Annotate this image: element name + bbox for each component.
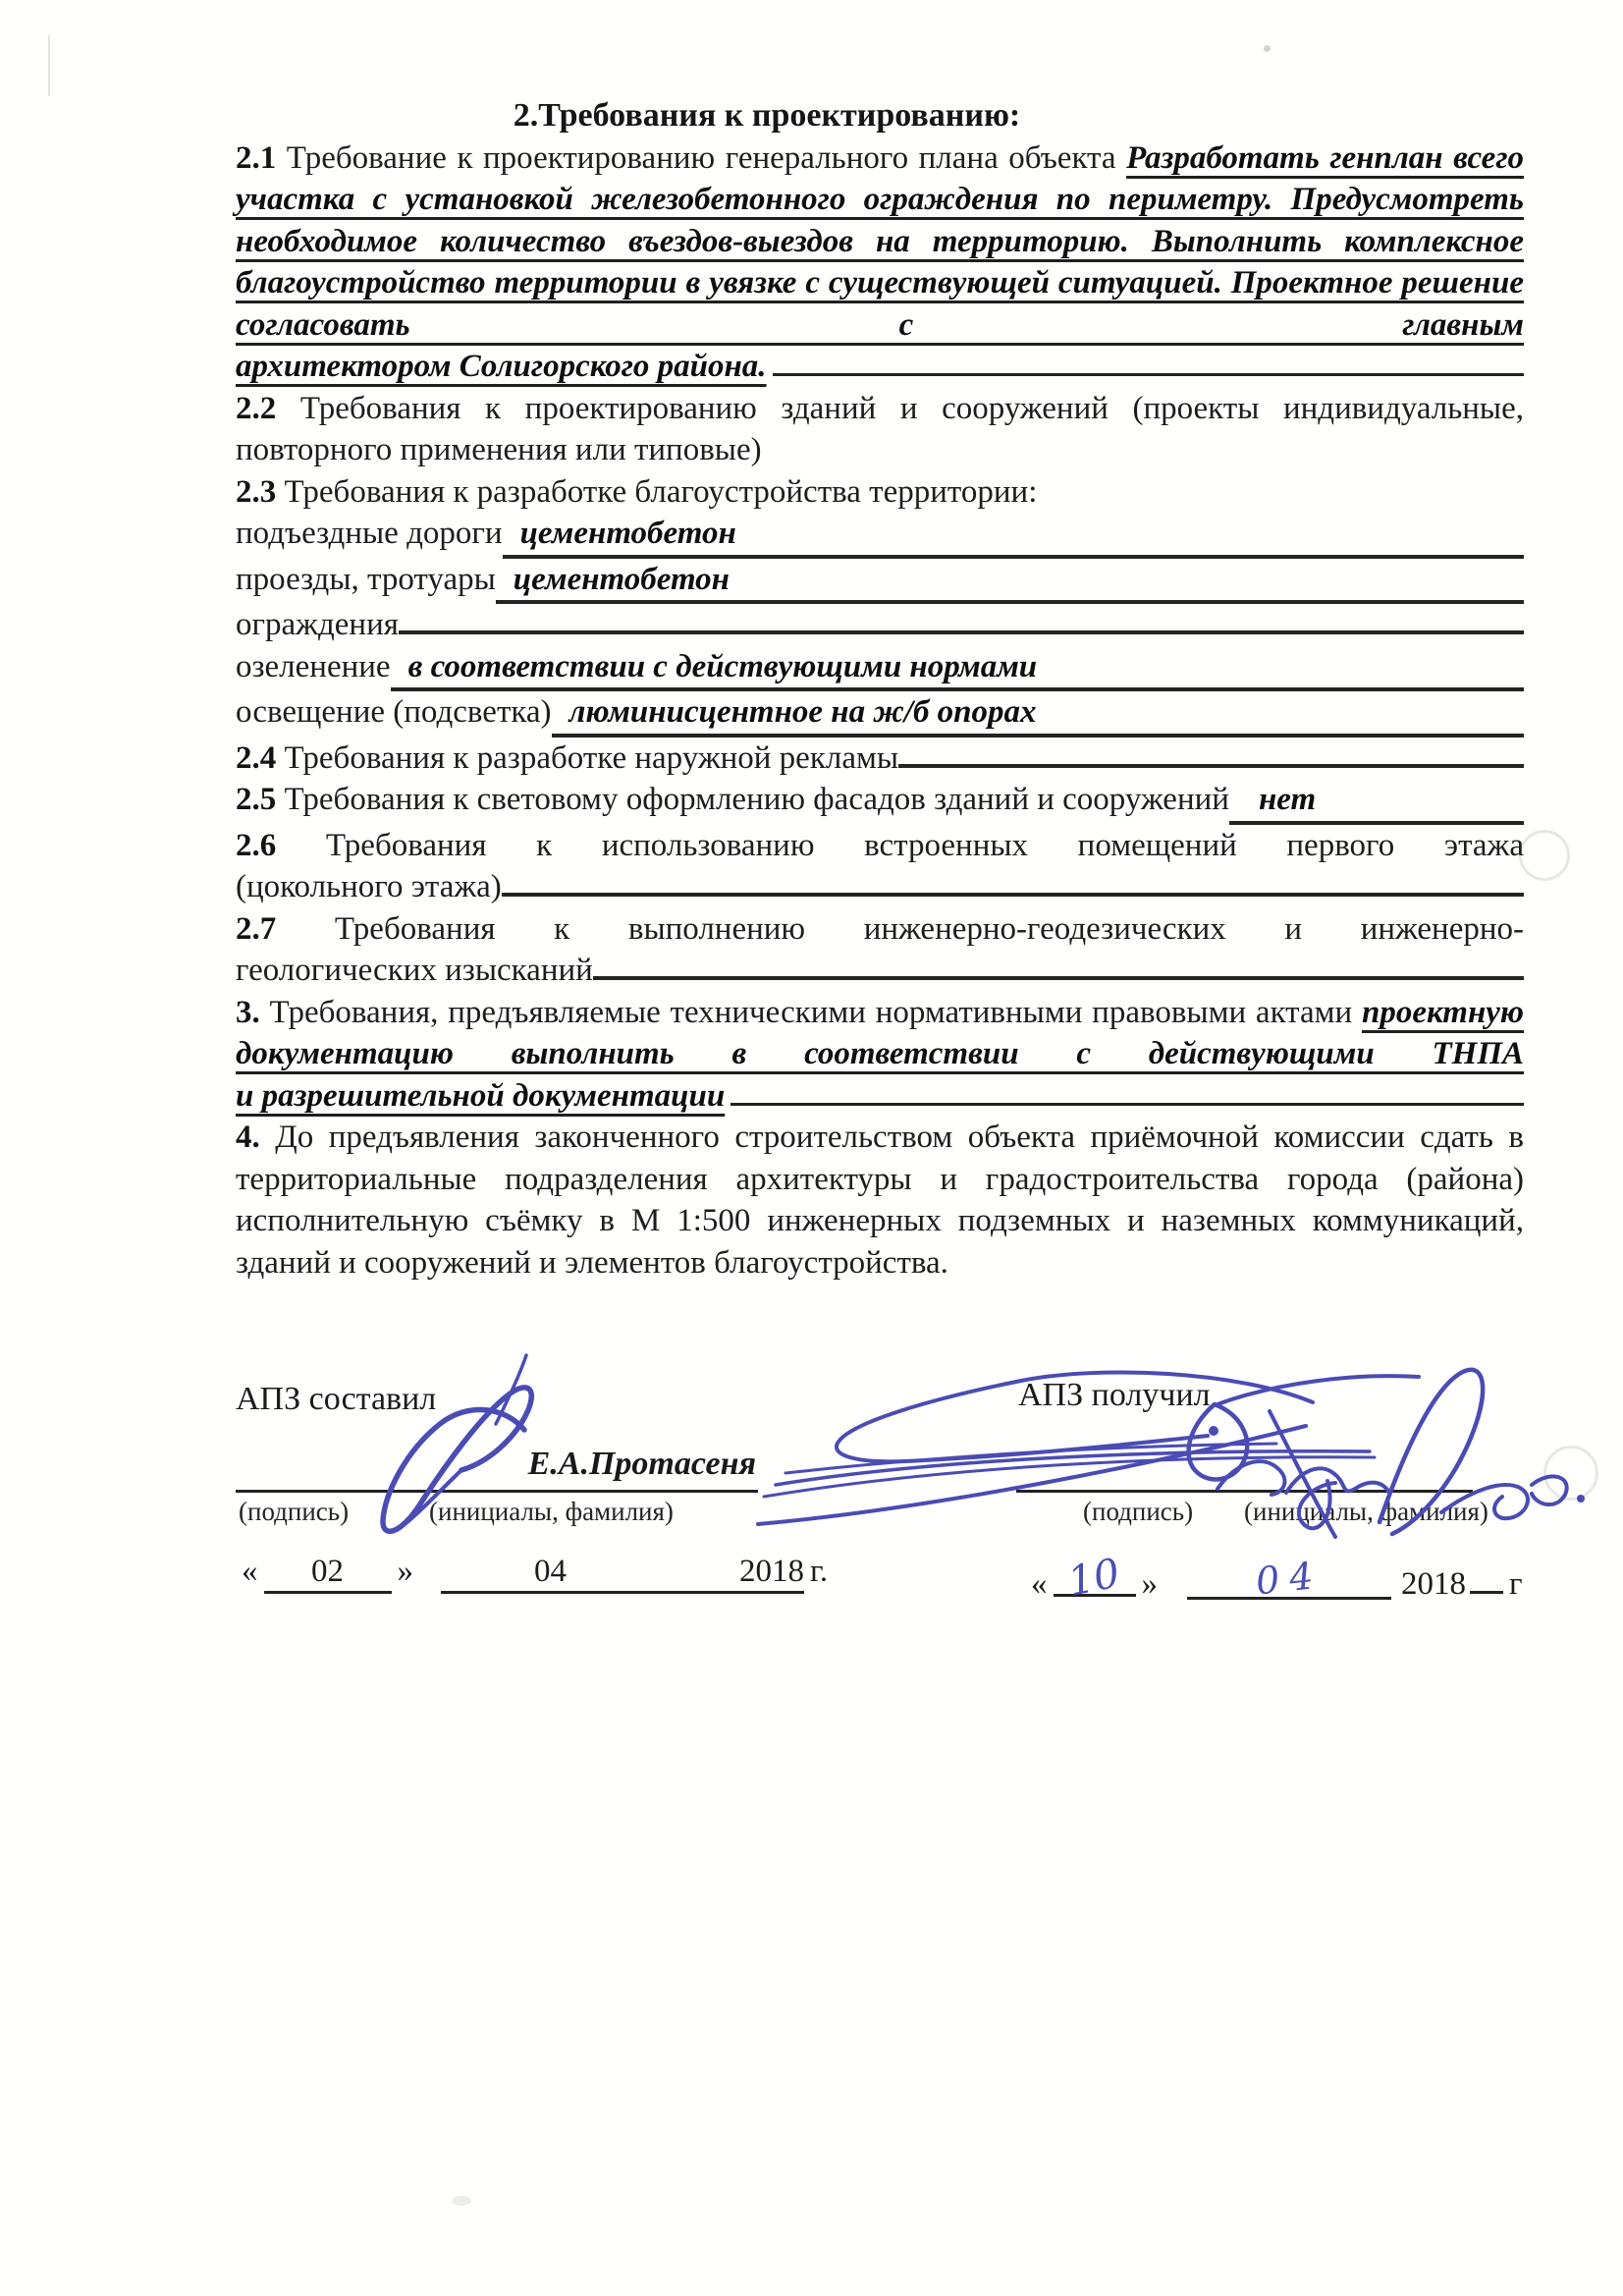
clause-2-7-text: Требования к выполнению инженерно-геодез… [335, 911, 1524, 947]
date-row-right: « 10 » 04 2018 г [1025, 1554, 1523, 1603]
clause-2-5-label: 2.5 Требования к световому оформлению фа… [236, 779, 1229, 821]
clause-2-4-label: 2.4 Требования к разработке наружной рек… [236, 738, 898, 780]
signature-line-right [1016, 1490, 1473, 1493]
scan-artifact-dot [1264, 45, 1271, 52]
field-value: цементобетон [520, 516, 736, 551]
clause-number: 2.6 [236, 828, 276, 863]
year-value: 2018 [1401, 1566, 1466, 1603]
clause-2-7-text2: геологических изысканий [236, 950, 593, 992]
para-2-2: 2.2 Требования к проектированию зданий и… [236, 388, 1524, 471]
clause-2-3-label: Требования к разработке благоустройства … [285, 474, 1038, 510]
blank-line [773, 373, 1524, 376]
field-value-line: цементобетон [496, 559, 1524, 605]
para-2-3: 2.3 Требования к разработке благоустройс… [236, 471, 1524, 514]
clause-number: 2.5 [236, 782, 276, 817]
field-value: нет [1259, 782, 1316, 817]
clause-number: 2.2 [236, 391, 276, 426]
field-value-line [593, 976, 1524, 980]
para-2-1-tail: архитектором Солигорского района. [236, 346, 1524, 388]
clause-2-1-label: Требование к проектированию генерального… [287, 140, 1116, 176]
field-row-landscaping: озеленение в соответствии с действующими… [236, 646, 1524, 692]
field-value-line [399, 630, 1524, 634]
year-blank-right [1470, 1554, 1503, 1594]
para-3: 3. Требования, предъявляемые техническим… [236, 992, 1524, 1075]
scan-artifact-ring [1519, 830, 1570, 881]
para-2-5: 2.5 Требования к световому оформлению фа… [236, 779, 1524, 825]
clause-2-4-text: Требования к разработке наружной рекламы [285, 740, 899, 776]
field-row-fencing: ограждения [236, 604, 1524, 646]
clause-2-1-fill-tail: архитектором Солигорского района. [236, 346, 767, 388]
quote-open: « [236, 1554, 264, 1590]
para-2-7-line2: геологических изысканий [236, 950, 1524, 992]
field-value-line: люминисцентное на ж/б опорах [552, 691, 1524, 738]
apz-author-label: АПЗ составил [236, 1381, 436, 1418]
clause-2-6-text: Требования к использованию встроенных по… [326, 828, 1524, 863]
para-2-4: 2.4 Требования к разработке наружной рек… [236, 738, 1524, 780]
year-label: г [1509, 1566, 1523, 1603]
field-value: в соответствии с действующими нормами [408, 649, 1038, 684]
quote-close: » [392, 1554, 420, 1590]
clause-2-6-text2: (цокольного этажа) [236, 866, 502, 908]
section-title: 2.Требования к проектированию: [236, 95, 1524, 137]
field-value-line: нет [1229, 779, 1524, 825]
clause-4-label: До предъявления законченного строительст… [236, 1120, 1524, 1281]
signature-caption-right: (подпись) [1083, 1497, 1193, 1527]
field-value: люминисцентное на ж/б опорах [569, 694, 1037, 730]
field-value: цементобетон [514, 562, 730, 597]
field-value-line [898, 764, 1524, 768]
author-name: Е.А.Протасеня [461, 1446, 756, 1483]
clause-2-2-label: Требования к проектированию зданий и соо… [236, 391, 1524, 468]
field-row-access-roads: подъездные дороги цементобетон [236, 513, 1524, 559]
clause-number: 2.7 [236, 911, 276, 947]
apz-receiver-label: АПЗ получил [1018, 1377, 1211, 1414]
para-2-6-line1: 2.6 Требования к использованию встроенны… [236, 825, 1524, 867]
field-label: освещение (подсветка) [236, 691, 552, 734]
document-page: 2.Требования к проектированию: 2.1 Требо… [0, 0, 1623, 2296]
para-2-7-line1: 2.7 Требования к выполнению инженерно-ге… [236, 908, 1524, 951]
para-3-tail: и разрешительной документации [236, 1075, 1524, 1118]
day-value: 02 [311, 1554, 344, 1590]
blank-line [730, 1103, 1524, 1106]
field-row-driveways-sidewalks: проезды, тротуары цементобетон [236, 559, 1524, 605]
year-value: 2018 [739, 1554, 804, 1590]
clause-number: 4. [236, 1120, 260, 1155]
field-row-lighting: освещение (подсветка) люминисцентное на … [236, 691, 1524, 738]
scan-artifact-vertical-line [48, 35, 50, 96]
signature-caption-left: (подпись) [239, 1497, 349, 1527]
clause-number: 3. [236, 995, 260, 1030]
document-body: 2.Требования к проектированию: 2.1 Требо… [236, 95, 1524, 1284]
signature-line-left [236, 1490, 758, 1493]
field-label: проезды, тротуары [236, 559, 496, 601]
clause-3-fill-tail: и разрешительной документации [236, 1075, 725, 1118]
month-value: 04 [534, 1554, 567, 1590]
name-caption-right: (инициалы, фамилия) [1244, 1497, 1488, 1527]
field-value-line [502, 893, 1524, 897]
field-label: подъездные дороги [236, 513, 503, 555]
clause-number: 2.4 [236, 740, 276, 776]
handwritten-day: 10 [1064, 1549, 1123, 1605]
day-blank-right: 10 [1054, 1557, 1136, 1597]
clause-3-label: Требования, предъявляемые техническими н… [270, 995, 1353, 1030]
field-value-line: цементобетон [503, 513, 1524, 559]
quote-close: » [1136, 1566, 1164, 1603]
name-caption-left: (инициалы, фамилия) [429, 1497, 674, 1527]
field-label: озеленение [236, 646, 391, 688]
year-label: г. [804, 1554, 834, 1590]
field-label: ограждения [236, 604, 399, 646]
handwritten-month: 04 [1254, 1554, 1325, 1604]
scan-artifact-smudge [452, 2196, 471, 2206]
para-2-6-line2: (цокольного этажа) [236, 866, 1524, 908]
clause-2-5-text: Требования к световому оформлению фасадо… [285, 782, 1229, 817]
day-blank-left: 02 [264, 1554, 392, 1594]
date-row-left: « 02 » 04 2018 г. [236, 1554, 834, 1594]
para-4: 4. До предъявления законченного строител… [236, 1117, 1524, 1284]
month-blank-right: 04 [1187, 1559, 1391, 1600]
scan-artifact-ring-2 [1543, 1446, 1598, 1501]
para-2-1: 2.1 Требование к проектированию генераль… [236, 137, 1524, 347]
clause-number: 2.3 [236, 474, 276, 510]
clause-number: 2.1 [236, 140, 276, 176]
field-value-line: в соответствии с действующими нормами [391, 646, 1524, 692]
quote-open: « [1025, 1566, 1054, 1603]
month-year-blank-left: 04 2018 [441, 1554, 804, 1594]
